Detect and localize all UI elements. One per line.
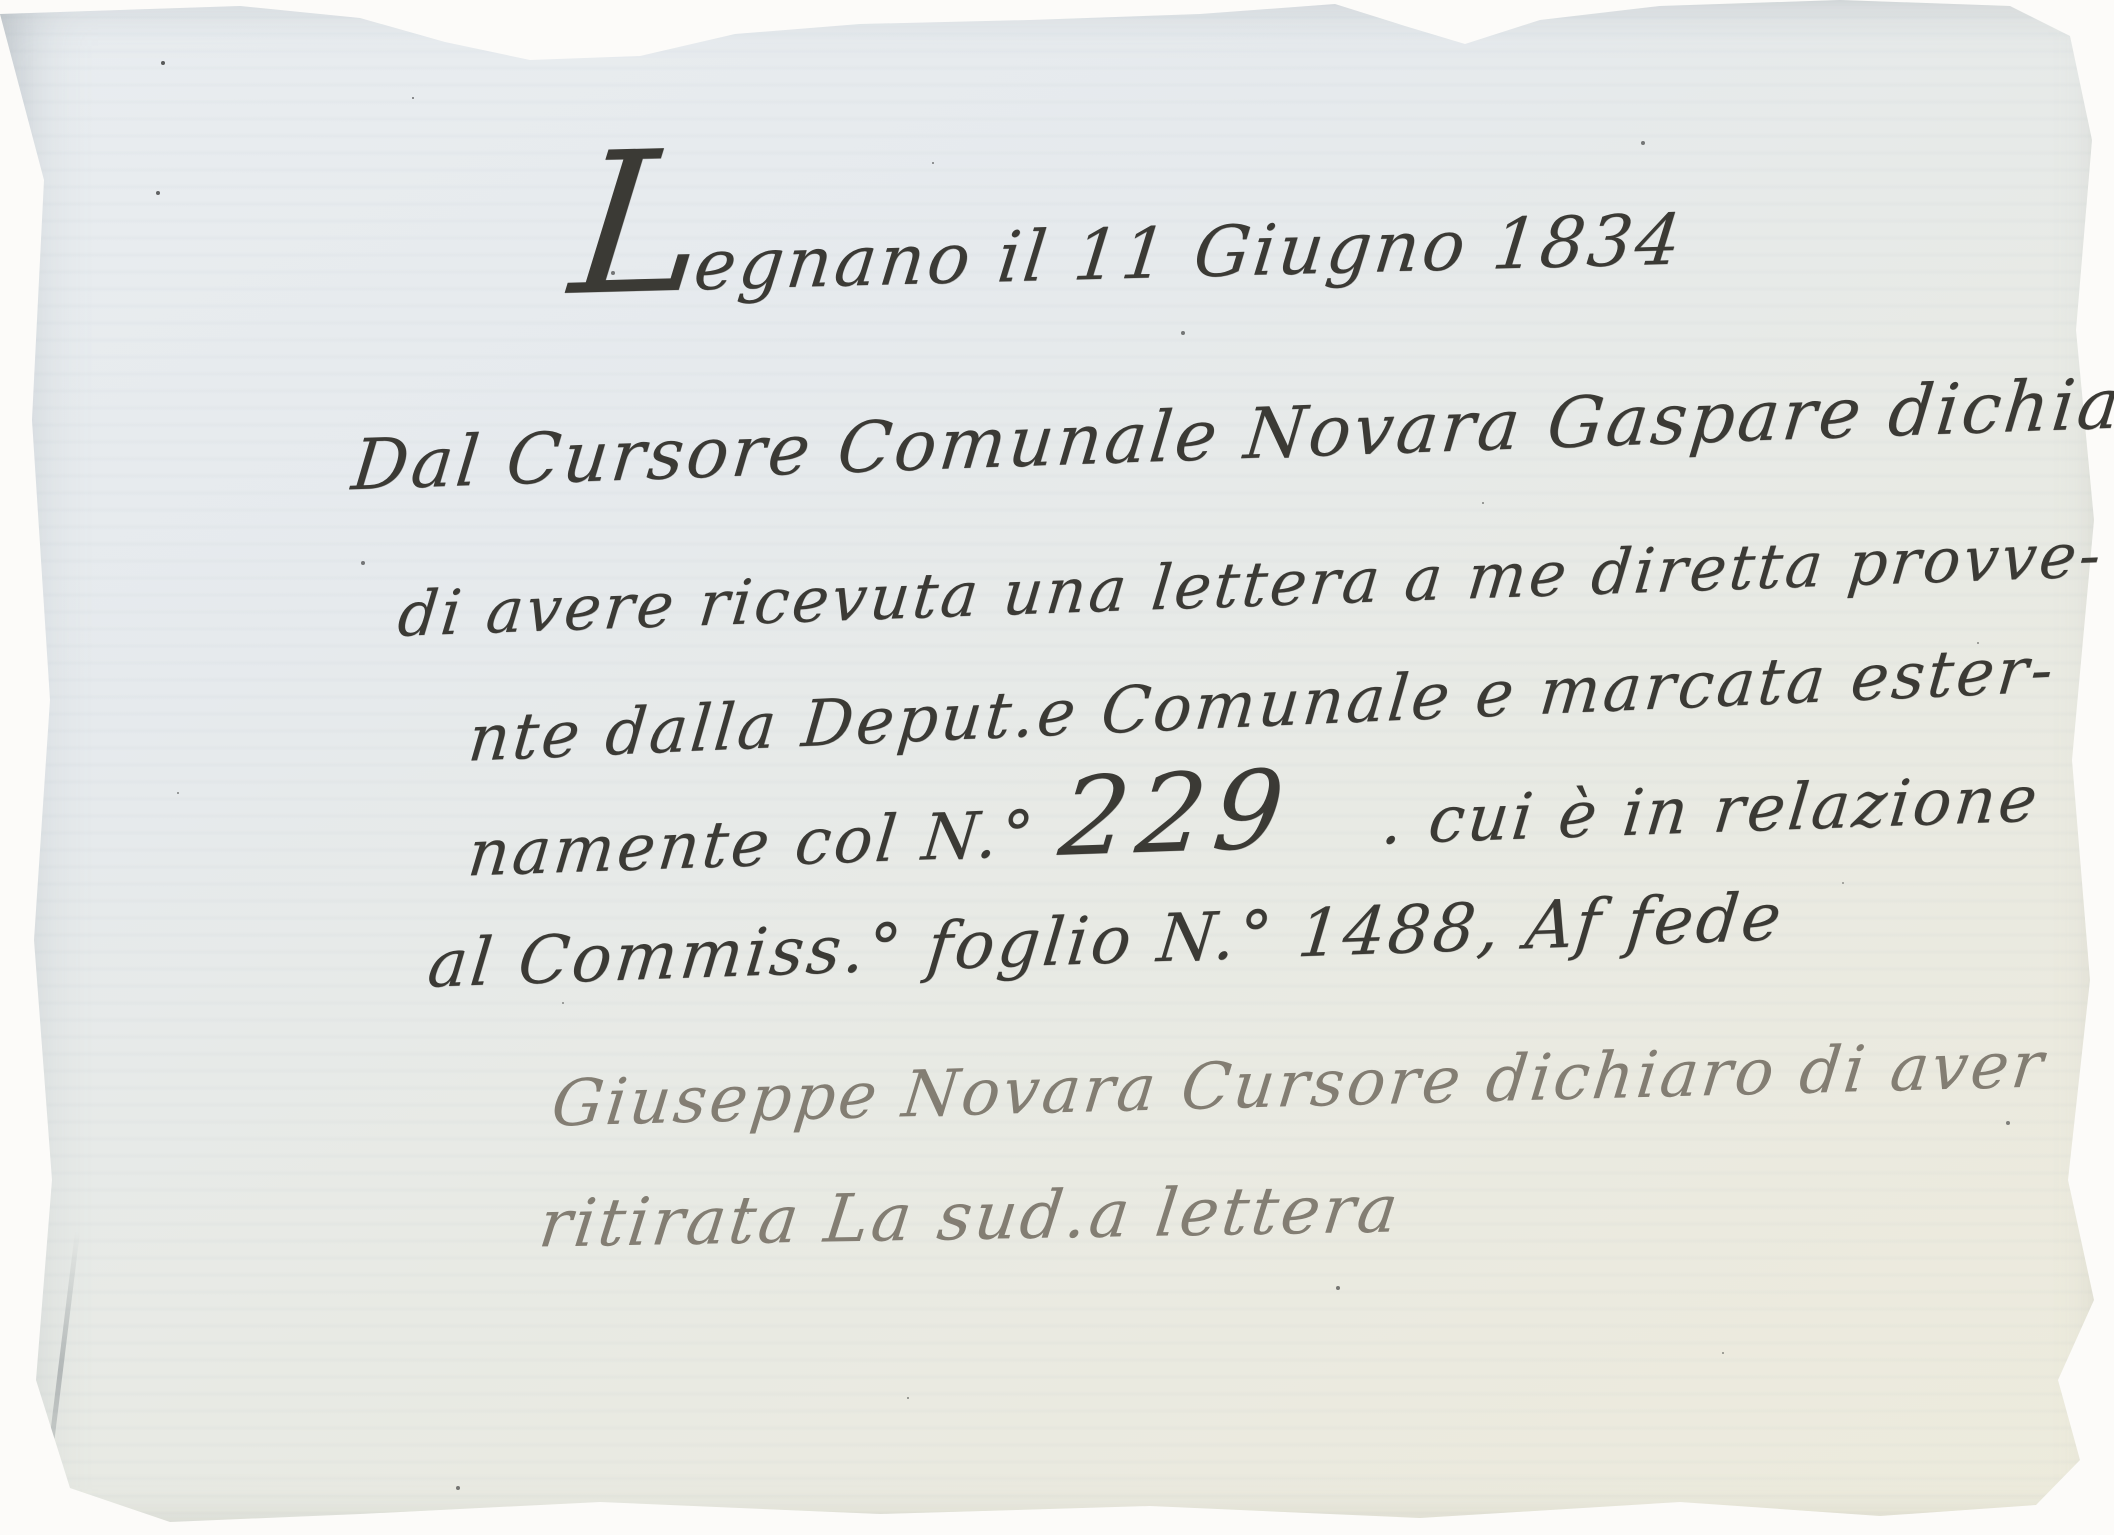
paper-crease (41, 1231, 80, 1510)
postscript-line-2: ritirata La sud.a lettera (535, 1170, 1405, 1262)
paper-speckles (0, 0, 6, 6)
date-line: Legnano il 11 Giugno 1834 (566, 113, 1698, 310)
scanned-letter: Legnano il 11 Giugno 1834 Dal Cursore Co… (0, 0, 2114, 1535)
letter-number: 229 (1054, 747, 1297, 881)
